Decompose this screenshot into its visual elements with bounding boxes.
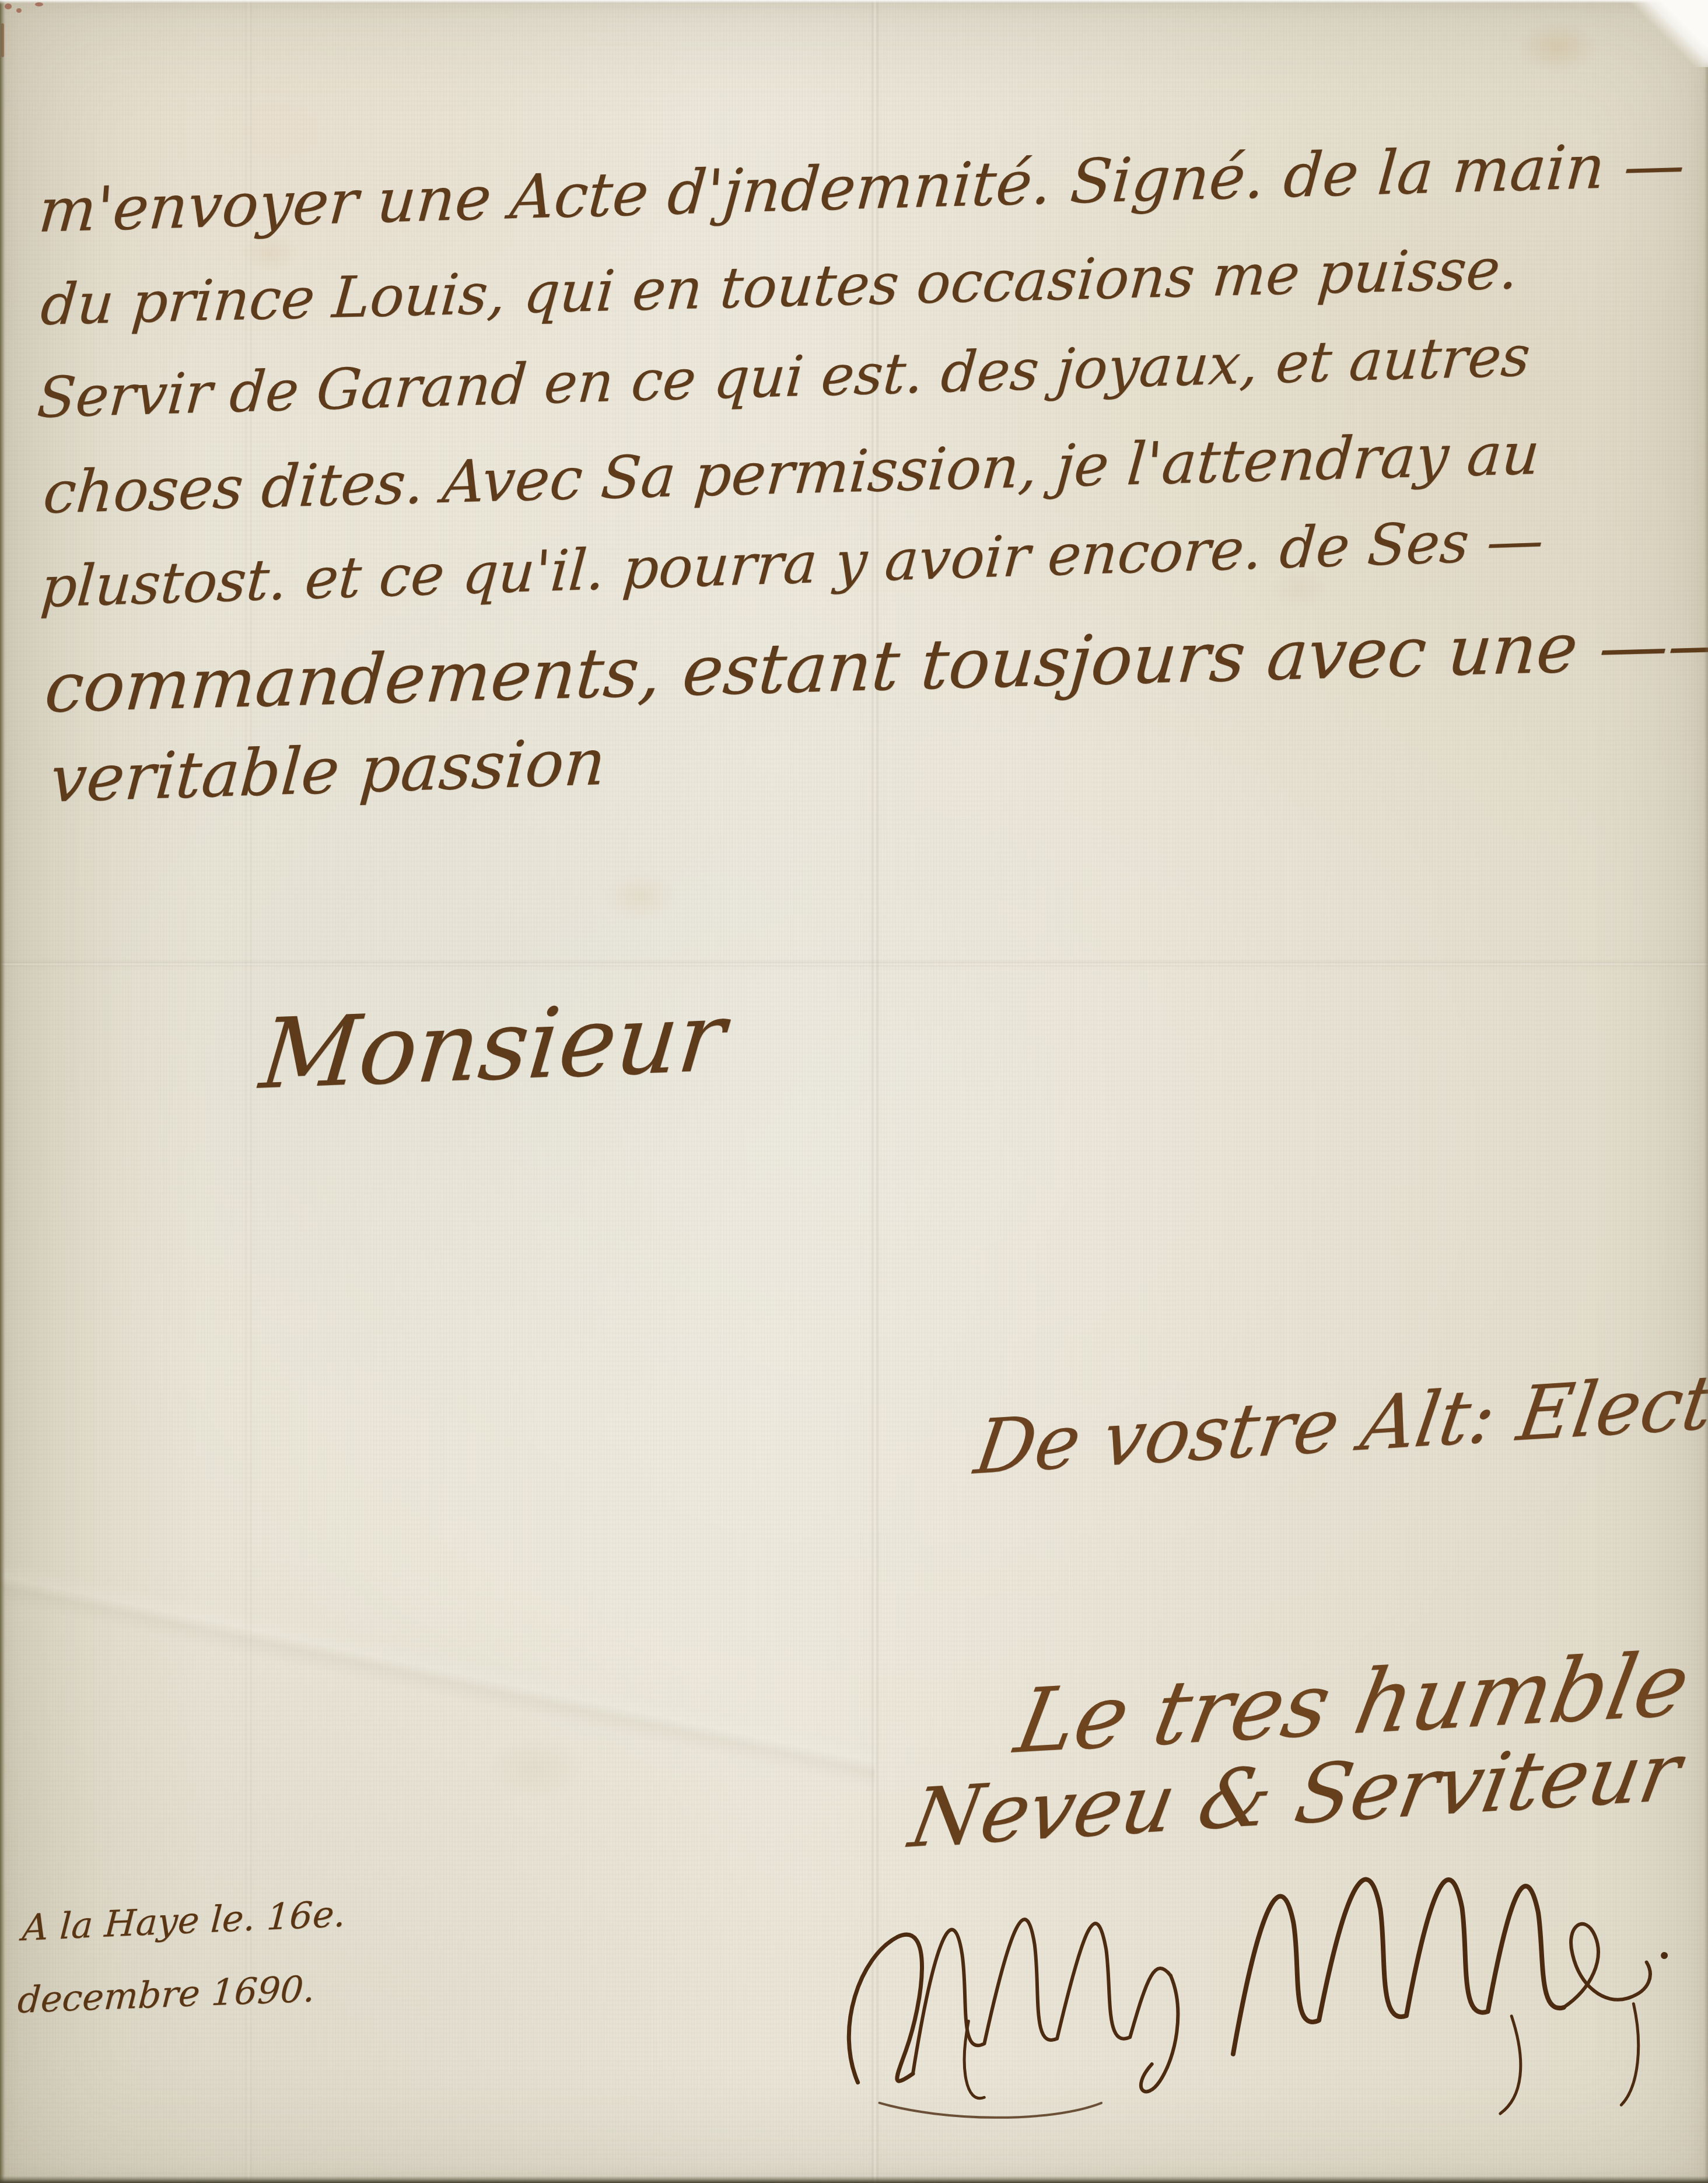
paper-left-edge (0, 0, 5, 2183)
paper-top-edge (0, 0, 1708, 5)
ink-speck (1, 23, 4, 57)
signature-scrawl (814, 1809, 1692, 2160)
paper-stain (604, 872, 677, 920)
dateline-place: A la Haye le. 16e. (21, 1892, 347, 1949)
ink-speck (16, 8, 22, 13)
body-line-4: choses dites. Avec Sa permission, je l'a… (41, 419, 1542, 527)
body-line-6: commandements, estant tousjours avec une… (42, 603, 1708, 728)
signature-stroke (1616, 2004, 1641, 2105)
body-line-1: m'envoyer une Acte d'jndemnité. Signé. d… (36, 129, 1688, 246)
paper-right-edge (1704, 0, 1708, 2183)
body-line-2: du prince Louis, qui en toutes occasions… (38, 236, 1521, 338)
paper-bottom-edge (0, 2176, 1708, 2183)
signature-stroke (962, 2020, 984, 2098)
paper-stain (1517, 21, 1598, 74)
salutation: Monsieur (256, 981, 730, 1111)
dateline-date: decembre 1690. (16, 1967, 316, 2021)
ink-speck (35, 2, 43, 6)
signature-stroke (1495, 2016, 1523, 2114)
body-line-7: veritable passion (48, 725, 608, 817)
top-right-corner-cut (1606, 0, 1708, 67)
signature-ink-dot (1661, 1952, 1668, 1960)
closing-line-1: De vostre Alt: Elect: (970, 1357, 1708, 1492)
letter-page: m'envoyer une Acte d'jndemnité. Signé. d… (0, 0, 1708, 2183)
signature-stroke (879, 2091, 1101, 2125)
ink-speck (5, 4, 12, 9)
signature-stroke (905, 1912, 1175, 2073)
diagonal-wrinkle (0, 1493, 875, 1855)
paper-stain (487, 1736, 583, 1801)
signature-stroke (1559, 1920, 1651, 2007)
body-line-3: Servir de Garand en ce qui est. des joya… (35, 323, 1532, 431)
horizontal-fold-crease (0, 960, 1708, 968)
body-line-5: plustost. et ce qu'il. pourra y avoir en… (38, 507, 1546, 620)
